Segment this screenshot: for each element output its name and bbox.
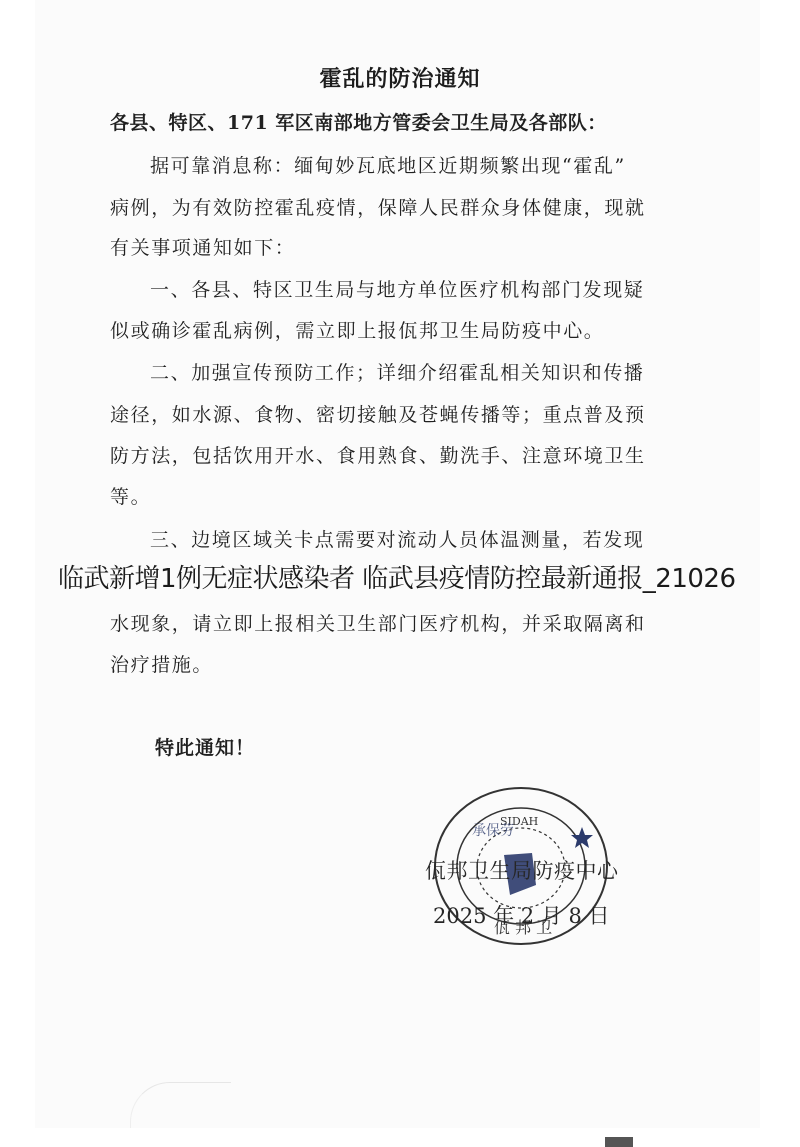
item-3-line-3: 治疗措施。 (110, 650, 213, 677)
salutation: 各县、特区、171 军区南部地方管委会卫生局及各部队： (110, 108, 607, 135)
document-title: 霍乱的防治通知 (0, 62, 800, 93)
watermark-mark-icon (605, 1137, 633, 1147)
item-2-line-2: 途径，如水源、食物、密切接触及苍蝇传播等；重点普及预 (110, 400, 646, 427)
item-3-line-1: 三、边境区域关卡点需要对流动人员体温测量，若发现 (150, 525, 644, 552)
signer-name: 佤邦卫生局防疫中心 (425, 855, 619, 885)
item-2-line-4: 等。 (110, 482, 151, 509)
item-2-line-3: 防方法，包括饮用开水、食用熟食、勤洗手、注意环境卫生 (110, 441, 646, 468)
intro-line-1: 据可靠消息称：缅甸妙瓦底地区近期频繁出现“霍乱” (150, 151, 626, 178)
svg-text:承保劳: 承保劳 (472, 823, 514, 839)
item-3-line-2: 水现象，请立即上报相关卫生部门医疗机构，并采取隔离和 (110, 609, 646, 636)
intro-line-3: 有关事项通知如下： (110, 233, 295, 260)
item-2-line-1: 二、加强宣传预防工作；详细介绍霍乱相关知识和传播 (150, 358, 644, 385)
closing-remark: 特此通知！ (155, 733, 255, 760)
item-1-line-2: 似或确诊霍乱病例，需立即上报佤邦卫生局防疫中心。 (110, 316, 604, 343)
document-date: 2025 年 2 月 8 日 (433, 900, 610, 930)
intro-line-2: 病例，为有效防控霍乱疫情，保障人民群众身体健康，现就 (110, 193, 646, 220)
overlay-caption: 临武新增1例无症状感染者 临武县疫情防控最新通报_21026 (58, 558, 736, 595)
item-1-line-1: 一、各县、特区卫生局与地方单位医疗机构部门发现疑 (150, 275, 644, 302)
